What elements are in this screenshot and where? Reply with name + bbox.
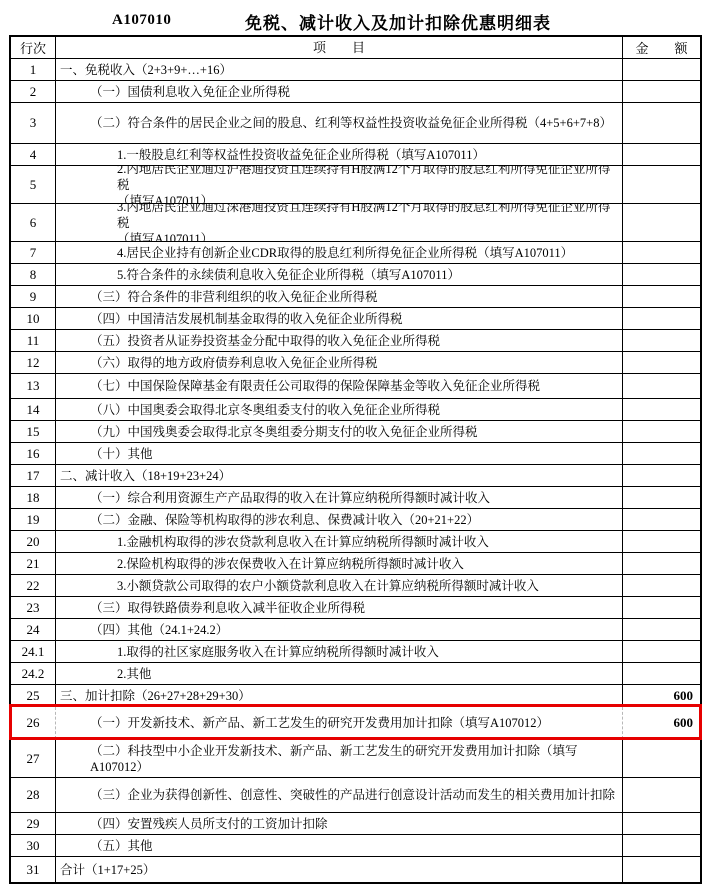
row-number-cell: 17 [11,465,56,486]
item-text: 2.保险机构取得的涉农保费收入在计算应纳税所得额时减计收入 [117,556,464,572]
item-text: 2.内地居民企业通过沪港通投资且连续持有H股满12个月取得的股息红利所得免征企业… [117,166,622,203]
table-row: 19（二）金融、保险等机构取得的涉农利息、保费减计收入（20+21+22） [11,509,700,531]
table-row: 14（八）中国奥委会取得北京冬奥组委支付的收入免征企业所得税 [11,399,700,421]
amount-text: 600 [674,715,694,731]
table-row: 3（二）符合条件的居民企业之间的股息、红利等权益性投资收益免征企业所得税（4+5… [11,103,700,144]
amount-text: 600 [674,688,694,704]
table-row: 52.内地居民企业通过沪港通投资且连续持有H股满12个月取得的股息红利所得免征企… [11,166,700,204]
row-number-cell: 19 [11,509,56,530]
amount-cell[interactable] [623,813,700,834]
row-number-text: 29 [27,816,40,832]
item-text: （六）取得的地方政府债券利息收入免征企业所得税 [90,355,378,371]
item-text: （一）国债利息收入免征企业所得税 [90,84,290,100]
row-number-text: 5 [30,177,37,193]
row-number-text: 19 [27,512,40,528]
row-number-text: 17 [27,468,40,484]
row-number-text: 20 [27,534,40,550]
row-number-cell: 18 [11,487,56,508]
row-number-text: 3 [30,115,37,131]
item-cell: （四）中国清洁发展机制基金取得的收入免征企业所得税 [56,308,623,329]
row-number-text: 14 [27,402,40,418]
item-text: （三）取得铁路债券利息收入减半征收企业所得税 [90,600,365,616]
item-text: 1.一般股息红利等权益性投资收益免征企业所得税（填写A107011） [117,147,485,163]
row-number-cell: 3 [11,103,56,143]
table-row: 16（十）其他 [11,443,700,465]
row-number-cell: 12 [11,352,56,373]
table-row: 223.小额贷款公司取得的农户小额贷款利息收入在计算应纳税所得额时减计收入 [11,575,700,597]
amount-cell[interactable] [623,553,700,574]
amount-cell[interactable] [623,242,700,263]
item-text: 三、加计扣除（26+27+28+29+30） [60,688,251,704]
amount-cell[interactable] [623,443,700,464]
table-row: 41.一般股息红利等权益性投资收益免征企业所得税（填写A107011） [11,144,700,166]
table-row: 1一、免税收入（2+3+9+…+16） [11,59,700,81]
row-number-text: 8 [30,267,37,283]
item-text: 3.内地居民企业通过深港通投资且连续持有H股满12个月取得的股息红利所得免征企业… [117,204,622,241]
amount-cell[interactable] [623,330,700,351]
item-cell: （七）中国保险保障基金有限责任公司取得的保险保障基金等收入免征企业所得税 [56,374,623,398]
table-row: 24.22.其他 [11,663,700,685]
item-text: 5.符合条件的永续债利息收入免征企业所得税（填写A107011） [117,267,460,283]
item-text: 1.取得的社区家庭服务收入在计算应纳税所得额时减计收入 [117,644,439,660]
amount-cell[interactable]: 600 [623,707,700,739]
form-page: A107010 免税、减计收入及加计扣除优惠明细表 行次 项 目 金 额 1一、… [0,0,704,887]
item-text: （五）投资者从证券投资基金分配中取得的收入免征企业所得税 [90,333,440,349]
col-header-row-no: 行次 [11,37,56,58]
row-number-cell: 25 [11,685,56,706]
amount-cell[interactable] [623,740,700,777]
item-text: 4.居民企业持有创新企业CDR取得的股息红利所得免征企业所得税（填写A10701… [117,245,573,261]
amount-cell[interactable] [623,641,700,662]
row-number-text: 31 [27,862,40,878]
col-header-item: 项 目 [56,37,623,58]
item-cell: （九）中国残奥委会取得北京冬奥组委分期支付的收入免征企业所得税 [56,421,623,442]
item-text: （四）安置残疾人员所支付的工资加计扣除 [90,816,328,832]
item-text: 2.其他 [117,666,151,682]
row-number-cell: 5 [11,166,56,203]
row-number-text: 27 [27,751,40,767]
item-text: （九）中国残奥委会取得北京冬奥组委分期支付的收入免征企业所得税 [90,424,478,440]
item-cell: （八）中国奥委会取得北京冬奥组委支付的收入免征企业所得税 [56,399,623,420]
item-cell: 1.取得的社区家庭服务收入在计算应纳税所得额时减计收入 [56,641,623,662]
row-number-cell: 1 [11,59,56,80]
row-number-cell: 20 [11,531,56,552]
table-row: 26（一）开发新技术、新产品、新工艺发生的研究开发费用加计扣除（填写A10701… [11,707,700,740]
item-text: （四）中国清洁发展机制基金取得的收入免征企业所得税 [90,311,403,327]
row-number-text: 9 [30,289,37,305]
amount-cell[interactable] [623,374,700,398]
table-row: 13（七）中国保险保障基金有限责任公司取得的保险保障基金等收入免征企业所得税 [11,374,700,399]
item-cell: 5.符合条件的永续债利息收入免征企业所得税（填写A107011） [56,264,623,285]
row-number-cell: 6 [11,204,56,241]
col-header-amount: 金 额 [623,37,700,58]
amount-cell[interactable] [623,575,700,596]
item-cell: 4.居民企业持有创新企业CDR取得的股息红利所得免征企业所得税（填写A10701… [56,242,623,263]
amount-cell[interactable] [623,308,700,329]
row-number-cell: 23 [11,597,56,618]
item-text: （四）其他（24.1+24.2） [90,622,228,638]
item-text: （十）其他 [90,446,153,462]
row-number-text: 25 [27,688,40,704]
amount-cell[interactable] [623,286,700,307]
row-number-text: 6 [30,215,37,231]
row-number-cell: 8 [11,264,56,285]
row-number-text: 24.1 [22,644,45,660]
item-cell: 1.一般股息红利等权益性投资收益免征企业所得税（填写A107011） [56,144,623,165]
item-cell: （二）金融、保险等机构取得的涉农利息、保费减计收入（20+21+22） [56,509,623,530]
table-header-row: 行次 项 目 金 额 [11,37,700,59]
page-title: 免税、减计收入及加计扣除优惠明细表 [245,9,551,34]
col-header-text: 行次 [20,38,46,57]
item-cell: （一）国债利息收入免征企业所得税 [56,81,623,102]
item-text: 一、免税收入（2+3+9+…+16） [60,62,232,78]
item-cell: 一、免税收入（2+3+9+…+16） [56,59,623,80]
amount-cell[interactable] [623,399,700,420]
amount-cell[interactable] [623,597,700,618]
row-number-cell: 15 [11,421,56,442]
amount-cell[interactable] [623,465,700,486]
item-text: （八）中国奥委会取得北京冬奥组委支付的收入免征企业所得税 [90,402,440,418]
item-cell: 3.内地居民企业通过深港通投资且连续持有H股满12个月取得的股息红利所得免征企业… [56,204,623,241]
row-number-text: 15 [27,424,40,440]
item-text: （二）科技型中小企业开发新技术、新产品、新工艺发生的研究开发费用加计扣除（填写A… [90,743,622,775]
item-cell: 合计（1+17+25） [56,857,623,882]
row-number-text: 21 [27,556,40,572]
row-number-cell: 10 [11,308,56,329]
row-number-text: 11 [27,333,40,349]
row-number-cell: 30 [11,835,56,856]
col-header-text: 金 额 [635,38,687,57]
col-header-text: 项 目 [313,40,365,56]
row-number-text: 16 [27,446,40,462]
amount-cell[interactable] [623,352,700,373]
row-number-cell: 24.1 [11,641,56,662]
row-number-text: 1 [30,62,37,78]
row-number-cell: 2 [11,81,56,102]
item-text: 1.金融机构取得的涉农贷款利息收入在计算应纳税所得额时减计收入 [117,534,489,550]
table-row: 28（三）企业为获得创新性、创意性、突破性的产品进行创意设计活动而发生的相关费用… [11,778,700,813]
row-number-text: 4 [30,147,37,163]
table-row: 18（一）综合利用资源生产产品取得的收入在计算应纳税所得额时减计收入 [11,487,700,509]
row-number-text: 13 [27,378,40,394]
form-code: A107010 [112,12,171,29]
amount-cell[interactable] [623,144,700,165]
amount-cell[interactable] [623,778,700,812]
table-row: 25三、加计扣除（26+27+28+29+30）600 [11,685,700,707]
row-number-cell: 24.2 [11,663,56,684]
amount-cell[interactable] [623,166,700,203]
item-text: 合计（1+17+25） [60,862,155,878]
row-number-cell: 26 [11,707,56,739]
item-cell: 3.小额贷款公司取得的农户小额贷款利息收入在计算应纳税所得额时减计收入 [56,575,623,596]
table-row: 212.保险机构取得的涉农保费收入在计算应纳税所得额时减计收入 [11,553,700,575]
table-row: 27（二）科技型中小企业开发新技术、新产品、新工艺发生的研究开发费用加计扣除（填… [11,740,700,778]
item-cell: （三）企业为获得创新性、创意性、突破性的产品进行创意设计活动而发生的相关费用加计… [56,778,623,812]
row-number-cell: 21 [11,553,56,574]
item-text: 3.小额贷款公司取得的农户小额贷款利息收入在计算应纳税所得额时减计收入 [117,578,539,594]
item-text: （一）综合利用资源生产产品取得的收入在计算应纳税所得额时减计收入 [90,490,490,506]
row-number-text: 18 [27,490,40,506]
item-cell: （五）投资者从证券投资基金分配中取得的收入免征企业所得税 [56,330,623,351]
table-row: 10（四）中国清洁发展机制基金取得的收入免征企业所得税 [11,308,700,330]
table-row: 201.金融机构取得的涉农贷款利息收入在计算应纳税所得额时减计收入 [11,531,700,553]
row-number-text: 2 [30,84,37,100]
item-cell: 三、加计扣除（26+27+28+29+30） [56,685,623,706]
item-text: 二、减计收入（18+19+23+24） [60,468,231,484]
table-row: 15（九）中国残奥委会取得北京冬奥组委分期支付的收入免征企业所得税 [11,421,700,443]
row-number-cell: 14 [11,399,56,420]
item-cell: （五）其他 [56,835,623,856]
table-row: 2（一）国债利息收入免征企业所得税 [11,81,700,103]
row-number-text: 24.2 [22,666,45,682]
amount-cell[interactable] [623,204,700,241]
row-number-cell: 4 [11,144,56,165]
table-row: 30（五）其他 [11,835,700,857]
row-number-text: 10 [27,311,40,327]
item-text: （一）开发新技术、新产品、新工艺发生的研究开发费用加计扣除（填写A107012） [90,715,549,731]
table-row: 63.内地居民企业通过深港通投资且连续持有H股满12个月取得的股息红利所得免征企… [11,204,700,242]
row-number-cell: 22 [11,575,56,596]
item-cell: （六）取得的地方政府债券利息收入免征企业所得税 [56,352,623,373]
table-row: 11（五）投资者从证券投资基金分配中取得的收入免征企业所得税 [11,330,700,352]
item-cell: （三）符合条件的非营利组织的收入免征企业所得税 [56,286,623,307]
row-number-text: 26 [27,715,40,731]
amount-cell[interactable] [623,264,700,285]
row-number-text: 22 [27,578,40,594]
item-cell: （一）开发新技术、新产品、新工艺发生的研究开发费用加计扣除（填写A107012） [56,707,623,739]
item-text: （七）中国保险保障基金有限责任公司取得的保险保障基金等收入免征企业所得税 [90,378,540,394]
row-number-text: 7 [30,245,37,261]
row-number-cell: 27 [11,740,56,777]
item-text: （二）符合条件的居民企业之间的股息、红利等权益性投资收益免征企业所得税（4+5+… [90,115,612,131]
table-row: 23（三）取得铁路债券利息收入减半征收企业所得税 [11,597,700,619]
amount-cell[interactable] [623,835,700,856]
item-cell: （四）安置残疾人员所支付的工资加计扣除 [56,813,623,834]
row-number-cell: 16 [11,443,56,464]
item-cell: 二、减计收入（18+19+23+24） [56,465,623,486]
row-number-cell: 13 [11,374,56,398]
item-cell: （二）符合条件的居民企业之间的股息、红利等权益性投资收益免征企业所得税（4+5+… [56,103,623,143]
item-cell: 1.金融机构取得的涉农贷款利息收入在计算应纳税所得额时减计收入 [56,531,623,552]
title-bar: A107010 免税、减计收入及加计扣除优惠明细表 [0,5,704,33]
table-row: 29（四）安置残疾人员所支付的工资加计扣除 [11,813,700,835]
table-row: 31合计（1+17+25） [11,857,700,882]
amount-cell[interactable] [623,531,700,552]
table-row: 24.11.取得的社区家庭服务收入在计算应纳税所得额时减计收入 [11,641,700,663]
row-number-cell: 9 [11,286,56,307]
amount-cell[interactable] [623,857,700,882]
amount-cell[interactable] [623,619,700,640]
item-cell: （一）综合利用资源生产产品取得的收入在计算应纳税所得额时减计收入 [56,487,623,508]
table-row: 9（三）符合条件的非营利组织的收入免征企业所得税 [11,286,700,308]
amount-cell[interactable] [623,103,700,143]
row-number-text: 28 [27,787,40,803]
row-number-cell: 24 [11,619,56,640]
table-row: 85.符合条件的永续债利息收入免征企业所得税（填写A107011） [11,264,700,286]
item-cell: （十）其他 [56,443,623,464]
item-cell: （四）其他（24.1+24.2） [56,619,623,640]
row-number-cell: 29 [11,813,56,834]
row-number-cell: 7 [11,242,56,263]
row-number-cell: 31 [11,857,56,882]
item-text: （三）符合条件的非营利组织的收入免征企业所得税 [90,289,378,305]
amount-cell[interactable]: 600 [623,685,700,706]
amount-cell[interactable] [623,509,700,530]
item-cell: 2.其他 [56,663,623,684]
row-number-cell: 28 [11,778,56,812]
row-number-cell: 11 [11,330,56,351]
row-number-text: 12 [27,355,40,371]
amount-cell[interactable] [623,487,700,508]
table-row: 74.居民企业持有创新企业CDR取得的股息红利所得免征企业所得税（填写A1070… [11,242,700,264]
amount-cell[interactable] [623,81,700,102]
item-cell: 2.保险机构取得的涉农保费收入在计算应纳税所得额时减计收入 [56,553,623,574]
amount-cell[interactable] [623,59,700,80]
item-cell: （二）科技型中小企业开发新技术、新产品、新工艺发生的研究开发费用加计扣除（填写A… [56,740,623,777]
item-text: （三）企业为获得创新性、创意性、突破性的产品进行创意设计活动而发生的相关费用加计… [90,787,615,803]
item-cell: 2.内地居民企业通过沪港通投资且连续持有H股满12个月取得的股息红利所得免征企业… [56,166,623,203]
detail-table: 行次 项 目 金 额 1一、免税收入（2+3+9+…+16）2（一）国债利息收入… [9,35,702,884]
row-number-text: 24 [27,622,40,638]
item-text: （二）金融、保险等机构取得的涉农利息、保费减计收入（20+21+22） [90,512,479,528]
table-row: 24（四）其他（24.1+24.2） [11,619,700,641]
item-text: （五）其他 [90,838,153,854]
table-row: 12（六）取得的地方政府债券利息收入免征企业所得税 [11,352,700,374]
amount-cell[interactable] [623,421,700,442]
item-cell: （三）取得铁路债券利息收入减半征收企业所得税 [56,597,623,618]
amount-cell[interactable] [623,663,700,684]
table-row: 17二、减计收入（18+19+23+24） [11,465,700,487]
row-number-text: 23 [27,600,40,616]
row-number-text: 30 [27,838,40,854]
